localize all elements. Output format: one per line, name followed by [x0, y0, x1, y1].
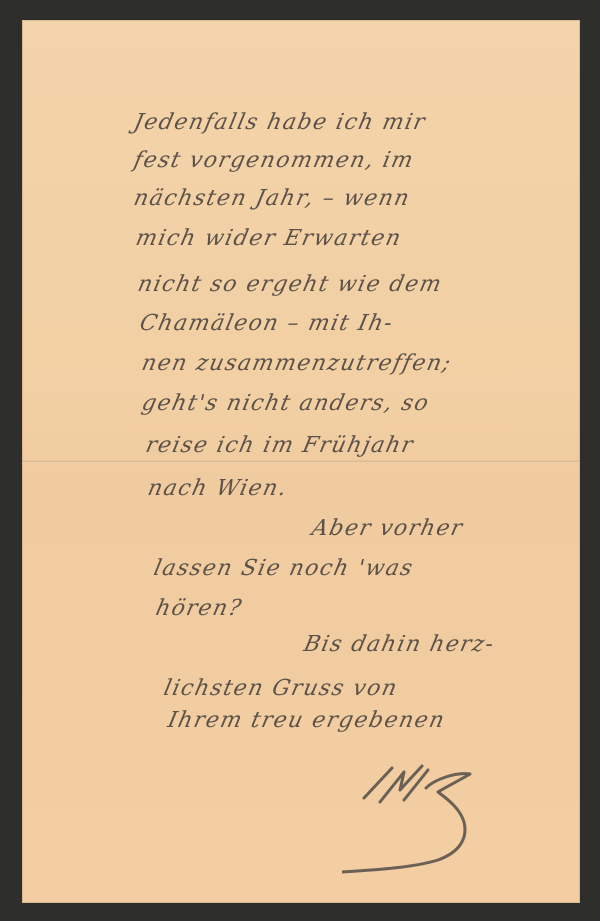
- letter-line-9: reise ich im Frühjahr: [144, 435, 416, 457]
- letter-line-3: nächsten Jahr, – wenn: [132, 188, 413, 210]
- letter-line-15: lichsten Gruss von: [162, 678, 400, 700]
- letter-line-2: fest vorgenommen, im: [132, 150, 416, 172]
- letter-line-1: Jedenfalls habe ich mir: [132, 112, 428, 134]
- letter-line-10: nach Wien.: [146, 478, 290, 500]
- letter-page: Jedenfalls habe ich mir fest vorgenommen…: [22, 20, 580, 903]
- letter-line-14: Bis dahin herz-: [302, 634, 497, 656]
- letter-line-13: hören?: [154, 598, 245, 620]
- letter-line-6: Chamäleon – mit Ih-: [138, 313, 396, 335]
- letter-line-16: Ihrem treu ergebenen: [166, 710, 448, 732]
- letter-line-12: lassen Sie noch 'was: [152, 558, 416, 580]
- letter-line-4: mich wider Erwarten: [134, 228, 404, 250]
- letter-line-11: Aber vorher: [310, 518, 466, 540]
- signature-monogram: [342, 760, 502, 880]
- letter-line-7: nen zusammenzutreffen;: [140, 353, 454, 375]
- letter-line-5: nicht so ergeht wie dem: [136, 274, 445, 296]
- fold-crease: [22, 460, 580, 463]
- letter-line-8: geht's nicht anders, so: [140, 393, 432, 415]
